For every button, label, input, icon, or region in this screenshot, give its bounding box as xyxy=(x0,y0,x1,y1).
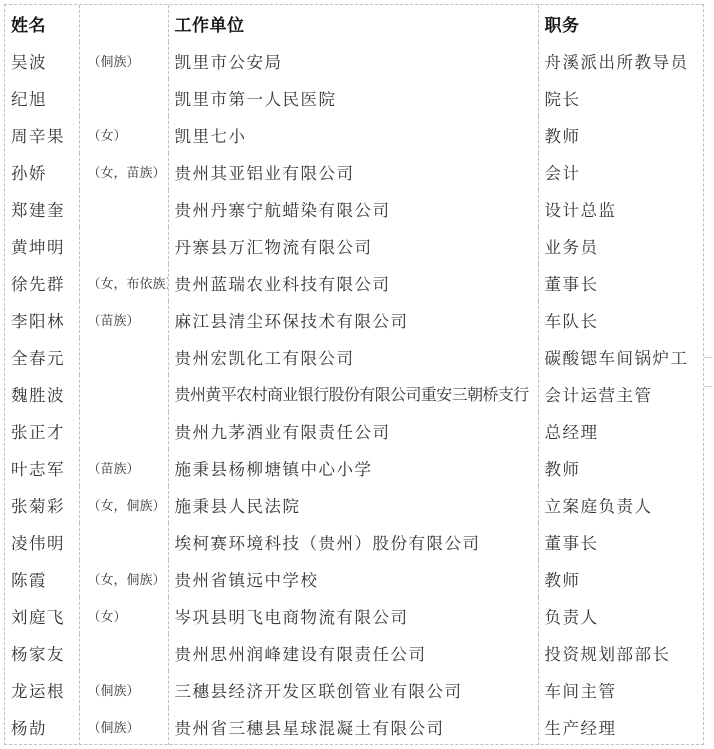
table-row: 孙娇 （女，苗族） 贵州其亚铝业有限公司 会计 xyxy=(5,153,703,190)
cell-name: 纪旭 xyxy=(5,79,79,116)
table-row: 陈霞 （女，侗族） 贵州省镇远中学校 教师 xyxy=(5,560,703,597)
cell-work-unit: 贵州黄平农村商业银行股份有限公司重安三朝桥支行 xyxy=(168,375,538,412)
cell-name: 龙运根 xyxy=(5,671,79,708)
table-row: 纪旭 凯里市第一人民医院 院长 xyxy=(5,79,703,116)
cell-position: 业务员 xyxy=(538,227,703,264)
cell-name: 郑建奎 xyxy=(5,190,79,227)
cell-position: 投资规划部部长 xyxy=(538,634,703,671)
table-row: 全春元 贵州宏凯化工有限公司 碳酸锶车间锅炉工 xyxy=(5,338,703,375)
cell-name: 李阳林 xyxy=(5,301,79,338)
table-row: 龙运根 （侗族） 三穗县经济开发区联创管业有限公司 车间主管 xyxy=(5,671,703,708)
cell-name: 吴波 xyxy=(5,42,79,79)
cell-name: 杨家友 xyxy=(5,634,79,671)
table-row: 刘庭飞 （女） 岑巩县明飞电商物流有限公司 负责人 xyxy=(5,597,703,634)
table-row: 叶志军 （苗族） 施秉县杨柳塘镇中心小学 教师 xyxy=(5,449,703,486)
cell-note xyxy=(79,190,168,227)
table-row: 徐先群 （女，布依族） 贵州蓝瑞农业科技有限公司 董事长 xyxy=(5,264,703,301)
cell-work-unit: 贵州其亚铝业有限公司 xyxy=(168,153,538,190)
cell-name: 刘庭飞 xyxy=(5,597,79,634)
edge-marker xyxy=(704,357,712,387)
cell-work-unit: 贵州蓝瑞农业科技有限公司 xyxy=(168,264,538,301)
cell-position: 会计 xyxy=(538,153,703,190)
cell-work-unit: 贵州丹寨宁航蜡染有限公司 xyxy=(168,190,538,227)
cell-name: 魏胜波 xyxy=(5,375,79,412)
cell-position: 会计运营主管 xyxy=(538,375,703,412)
cell-work-unit: 贵州省镇远中学校 xyxy=(168,560,538,597)
cell-position: 设计总监 xyxy=(538,190,703,227)
table-row: 杨劼 （侗族） 贵州省三穗县星球混凝土有限公司 生产经理 xyxy=(5,708,703,745)
cell-position: 车队长 xyxy=(538,301,703,338)
cell-name: 孙娇 xyxy=(5,153,79,190)
cell-name: 黄坤明 xyxy=(5,227,79,264)
cell-note xyxy=(79,375,168,412)
cell-name: 全春元 xyxy=(5,338,79,375)
cell-work-unit: 施秉县人民法院 xyxy=(168,486,538,523)
cell-position: 负责人 xyxy=(538,597,703,634)
cell-name: 凌伟明 xyxy=(5,523,79,560)
cell-work-unit: 埃柯赛环境科技（贵州）股份有限公司 xyxy=(168,523,538,560)
cell-note xyxy=(79,412,168,449)
cell-position: 立案庭负责人 xyxy=(538,486,703,523)
cell-position: 车间主管 xyxy=(538,671,703,708)
cell-work-unit: 贵州省三穗县星球混凝土有限公司 xyxy=(168,708,538,745)
cell-note: （女，布依族） xyxy=(79,264,168,301)
cell-name: 徐先群 xyxy=(5,264,79,301)
cell-position: 总经理 xyxy=(538,412,703,449)
cell-note: （女，侗族） xyxy=(79,486,168,523)
cell-note: （侗族） xyxy=(79,708,168,745)
cell-note: （侗族） xyxy=(79,671,168,708)
cell-position: 生产经理 xyxy=(538,708,703,745)
table-row: 魏胜波 贵州黄平农村商业银行股份有限公司重安三朝桥支行 会计运营主管 xyxy=(5,375,703,412)
cell-position: 碳酸锶车间锅炉工 xyxy=(538,338,703,375)
cell-name: 张正才 xyxy=(5,412,79,449)
personnel-table: 姓名 工作单位 职务 吴波 （侗族） 凯里市公安局 舟溪派出所教导员 纪旭 凯里… xyxy=(5,5,703,745)
cell-note xyxy=(79,634,168,671)
cell-work-unit: 贵州思州润峰建设有限责任公司 xyxy=(168,634,538,671)
cell-work-unit: 凯里七小 xyxy=(168,116,538,153)
cell-note xyxy=(79,338,168,375)
cell-position: 教师 xyxy=(538,560,703,597)
cell-name: 张菊彩 xyxy=(5,486,79,523)
personnel-table-container: 姓名 工作单位 职务 吴波 （侗族） 凯里市公安局 舟溪派出所教导员 纪旭 凯里… xyxy=(4,4,704,745)
cell-note xyxy=(79,227,168,264)
cell-note: （侗族） xyxy=(79,42,168,79)
cell-work-unit: 贵州九茅酒业有限责任公司 xyxy=(168,412,538,449)
cell-note: （女，侗族） xyxy=(79,560,168,597)
cell-work-unit: 丹寨县万汇物流有限公司 xyxy=(168,227,538,264)
table-row: 郑建奎 贵州丹寨宁航蜡染有限公司 设计总监 xyxy=(5,190,703,227)
cell-name: 周辛果 xyxy=(5,116,79,153)
cell-name: 陈霞 xyxy=(5,560,79,597)
cell-note: （女，苗族） xyxy=(79,153,168,190)
table-row: 吴波 （侗族） 凯里市公安局 舟溪派出所教导员 xyxy=(5,42,703,79)
cell-work-unit: 凯里市公安局 xyxy=(168,42,538,79)
header-note xyxy=(79,5,168,42)
header-work-unit: 工作单位 xyxy=(168,5,538,42)
table-row: 凌伟明 埃柯赛环境科技（贵州）股份有限公司 董事长 xyxy=(5,523,703,560)
table-header-row: 姓名 工作单位 职务 xyxy=(5,5,703,42)
cell-work-unit: 施秉县杨柳塘镇中心小学 xyxy=(168,449,538,486)
cell-position: 教师 xyxy=(538,116,703,153)
cell-position: 教师 xyxy=(538,449,703,486)
table-row: 周辛果 （女） 凯里七小 教师 xyxy=(5,116,703,153)
cell-name: 杨劼 xyxy=(5,708,79,745)
cell-position: 院长 xyxy=(538,79,703,116)
cell-note xyxy=(79,523,168,560)
table-row: 李阳林 （苗族） 麻江县清尘环保技术有限公司 车队长 xyxy=(5,301,703,338)
cell-note xyxy=(79,79,168,116)
table-row: 张正才 贵州九茅酒业有限责任公司 总经理 xyxy=(5,412,703,449)
header-position: 职务 xyxy=(538,5,703,42)
cell-note: （苗族） xyxy=(79,301,168,338)
table-row: 杨家友 贵州思州润峰建设有限责任公司 投资规划部部长 xyxy=(5,634,703,671)
cell-note: （女） xyxy=(79,597,168,634)
cell-position: 董事长 xyxy=(538,264,703,301)
cell-work-unit: 岑巩县明飞电商物流有限公司 xyxy=(168,597,538,634)
table-row: 黄坤明 丹寨县万汇物流有限公司 业务员 xyxy=(5,227,703,264)
cell-position: 董事长 xyxy=(538,523,703,560)
header-name: 姓名 xyxy=(5,5,79,42)
cell-work-unit: 贵州宏凯化工有限公司 xyxy=(168,338,538,375)
table-row: 张菊彩 （女，侗族） 施秉县人民法院 立案庭负责人 xyxy=(5,486,703,523)
cell-name: 叶志军 xyxy=(5,449,79,486)
cell-work-unit: 凯里市第一人民医院 xyxy=(168,79,538,116)
cell-note: （女） xyxy=(79,116,168,153)
cell-work-unit: 麻江县清尘环保技术有限公司 xyxy=(168,301,538,338)
cell-position: 舟溪派出所教导员 xyxy=(538,42,703,79)
cell-note: （苗族） xyxy=(79,449,168,486)
cell-work-unit: 三穗县经济开发区联创管业有限公司 xyxy=(168,671,538,708)
